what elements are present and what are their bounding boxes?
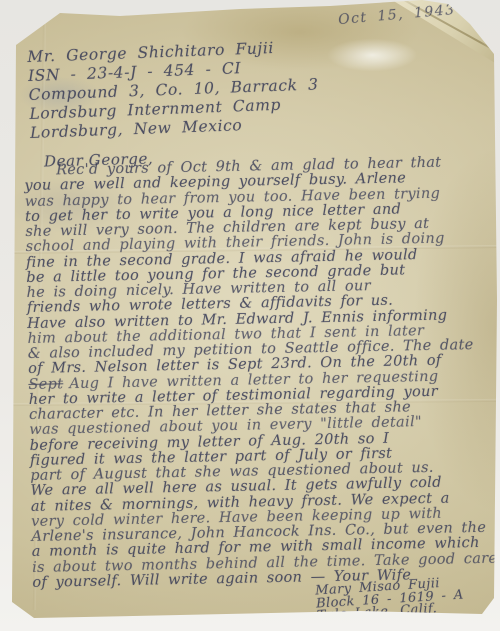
- letter-paper: Oct 15, 1943 Mr. George Shichitaro Fujii…: [0, 0, 500, 631]
- scan-background: Oct 15, 1943 Mr. George Shichitaro Fujii…: [0, 0, 500, 631]
- strikethrough-word: Sept: [28, 376, 63, 393]
- recipient-address: Mr. George Shichitaro Fujii ISN - 23-4-J…: [27, 37, 320, 143]
- signature-block: Mary Misao Fujii Block 16 - 1619 - A Tul…: [315, 577, 465, 623]
- letter-body: Rec'd yours of Oct 9th & am glad to hear…: [24, 155, 496, 591]
